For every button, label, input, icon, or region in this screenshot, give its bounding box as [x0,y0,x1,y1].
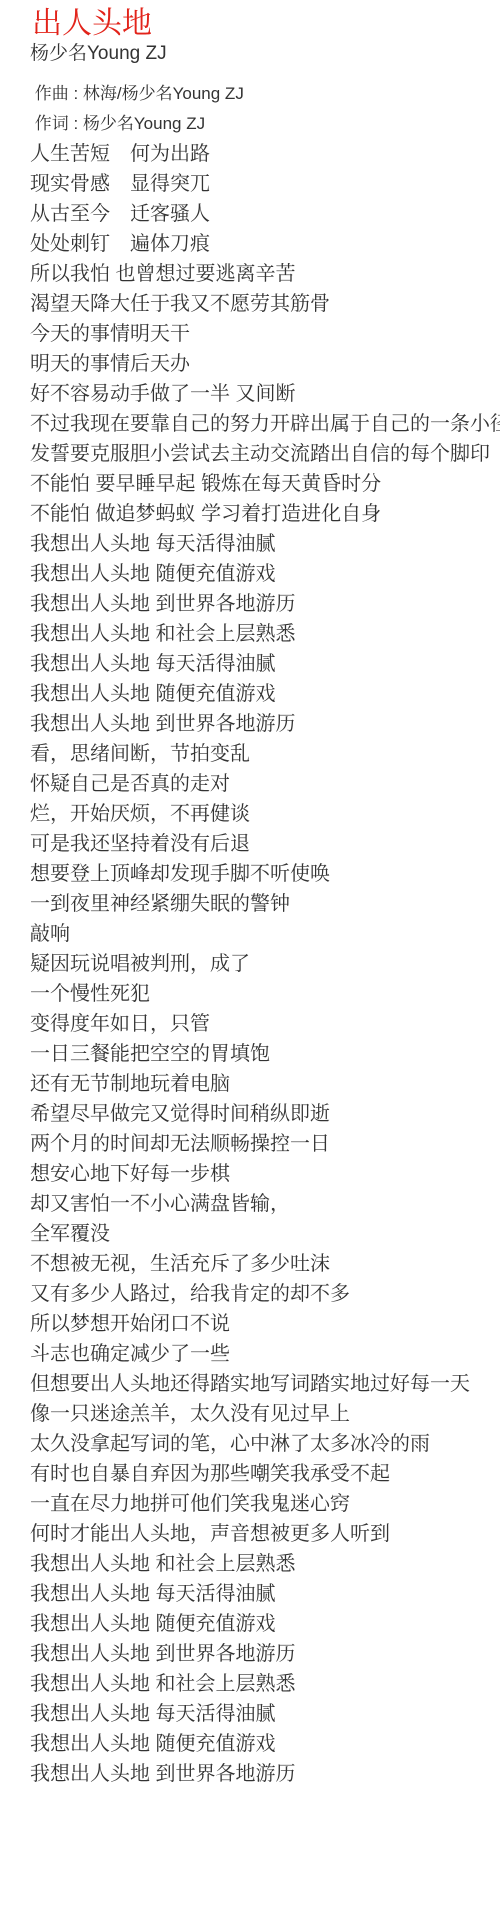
lyric-line: 敲响 [30,919,500,949]
lyric-line: 我想出人头地 随便充值游戏 [30,1609,500,1639]
lyric-line: 疑因玩说唱被判刑，成了 [30,949,500,979]
lyric-line: 我想出人头地 和社会上层熟悉 [30,1549,500,1579]
lyric-line: 一直在尽力地拼可他们笑我鬼迷心窍 [30,1489,500,1519]
artist-name: 杨少名Young ZJ [30,42,500,66]
lyric-line: 处处刺钉 遍体刀痕 [30,229,500,259]
lyric-line: 我想出人头地 到世界各地游历 [30,589,500,619]
lyric-line: 还有无节制地玩着电脑 [30,1069,500,1099]
lyric-line: 又有多少人路过，给我肯定的却不多 [30,1279,500,1309]
lyric-line: 我想出人头地 到世界各地游历 [30,1639,500,1669]
lyric-line: 斗志也确定减少了一些 [30,1339,500,1369]
lyric-line: 不过我现在要靠自己的努力开辟出属于自己的一条小径 [30,409,500,439]
lyric-line: 怀疑自己是否真的走对 [30,769,500,799]
lyric-line: 我想出人头地 到世界各地游历 [30,1759,500,1789]
lyric-line: 变得度年如日，只管 [30,1009,500,1039]
lyrics-list: 人生苦短 何为出路现实骨感 显得突兀从古至今 迁客骚人处处刺钉 遍体刀痕所以我怕… [30,139,500,1789]
lyric-line: 我想出人头地 和社会上层熟悉 [30,619,500,649]
lyric-line: 一个慢性死犯 [30,979,500,1009]
lyric-line: 不想被无视，生活充斥了多少吐沫 [30,1249,500,1279]
lyric-line: 我想出人头地 随便充值游戏 [30,559,500,589]
lyric-line: 发誓要克服胆小尝试去主动交流踏出自信的每个脚印 [30,439,500,469]
lyric-line: 我想出人头地 每天活得油腻 [30,529,500,559]
lyric-line: 不能怕 要早睡早起 锻炼在每天黄昏时分 [30,469,500,499]
song-title: 出人头地 [32,6,500,42]
lyric-line: 想要登上顶峰却发现手脚不听使唤 [30,859,500,889]
lyric-line: 渴望天降大任于我又不愿劳其筋骨 [30,289,500,319]
lyric-line: 我想出人头地 和社会上层熟悉 [30,1669,500,1699]
lyric-line: 太久没拿起写词的笔，心中淋了太多冰冷的雨 [30,1429,500,1459]
composer-credit: 作曲 : 林海/杨少名Young ZJ [30,79,500,109]
lyric-line: 烂，开始厌烦，不再健谈 [30,799,500,829]
lyric-line: 像一只迷途羔羊，太久没有见过早上 [30,1399,500,1429]
lyric-line: 看，思绪间断，节拍变乱 [30,739,500,769]
lyric-line: 可是我还坚持着没有后退 [30,829,500,859]
lyric-line: 却又害怕一不小心满盘皆输， [30,1189,500,1219]
lyric-line: 人生苦短 何为出路 [30,139,500,169]
lyric-line: 想安心地下好每一步棋 [30,1159,500,1189]
lyric-line: 两个月的时间却无法顺畅操控一日 [30,1129,500,1159]
credits-block: 作曲 : 林海/杨少名Young ZJ 作词 : 杨少名Young ZJ [30,79,500,139]
lyric-line: 但想要出人头地还得踏实地写词踏实地过好每一天 [30,1369,500,1399]
lyric-line: 好不容易动手做了一半 又间断 [30,379,500,409]
lyric-line: 所以梦想开始闭口不说 [30,1309,500,1339]
lyric-line: 我想出人头地 随便充值游戏 [30,1729,500,1759]
lyric-line: 全军覆没 [30,1219,500,1249]
lyric-line: 我想出人头地 每天活得油腻 [30,1699,500,1729]
lyric-line: 明天的事情后天办 [30,349,500,379]
lyricist-credit: 作词 : 杨少名Young ZJ [30,109,500,139]
lyric-line: 我想出人头地 每天活得油腻 [30,1579,500,1609]
lyric-line: 希望尽早做完又觉得时间稍纵即逝 [30,1099,500,1129]
lyric-line: 今天的事情明天干 [30,319,500,349]
lyric-line: 现实骨感 显得突兀 [30,169,500,199]
lyric-line: 有时也自暴自弃因为那些嘲笑我承受不起 [30,1459,500,1489]
lyric-line: 所以我怕 也曾想过要逃离辛苦 [30,259,500,289]
lyric-line: 我想出人头地 到世界各地游历 [30,709,500,739]
lyric-line: 我想出人头地 每天活得油腻 [30,649,500,679]
lyric-line: 不能怕 做追梦蚂蚁 学习着打造进化自身 [30,499,500,529]
lyric-line: 我想出人头地 随便充值游戏 [30,679,500,709]
lyric-line: 一到夜里神经紧绷失眠的警钟 [30,889,500,919]
lyrics-page: 出人头地 杨少名Young ZJ 作曲 : 林海/杨少名Young ZJ 作词 … [0,0,500,1930]
lyric-line: 一日三餐能把空空的胃填饱 [30,1039,500,1069]
lyric-line: 何时才能出人头地，声音想被更多人听到 [30,1519,500,1549]
lyric-line: 从古至今 迁客骚人 [30,199,500,229]
